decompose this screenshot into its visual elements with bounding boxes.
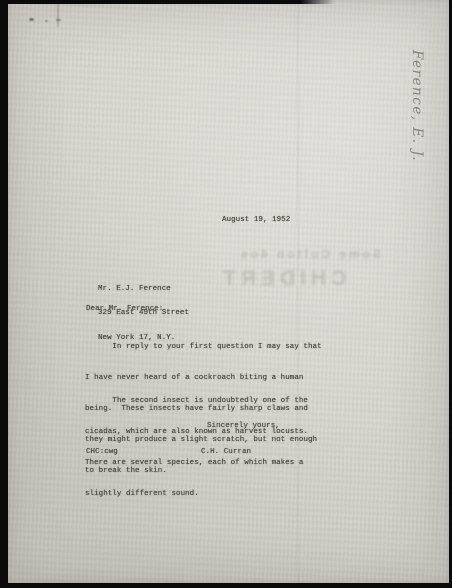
body-line: The second insect is undoubtedly one of … bbox=[85, 396, 308, 406]
ink-speck bbox=[29, 18, 34, 21]
bleedthrough-text: CHIDERT bbox=[218, 267, 346, 291]
scan-border-left bbox=[0, 0, 8, 588]
body-line: In reply to your first question I may sa… bbox=[85, 342, 322, 352]
signature-name: C.H. Curran bbox=[201, 447, 251, 457]
bleedthrough-text: Some Culton 4os bbox=[238, 247, 381, 261]
body-line: There are several species, each of which… bbox=[85, 458, 308, 468]
scan-border-bottom bbox=[0, 583, 452, 588]
scan-border-top bbox=[0, 0, 335, 4]
closing: Sincerely yours, bbox=[207, 421, 280, 431]
typist-reference: CHC:cwg bbox=[86, 447, 118, 457]
scanned-letter-photo: Some Culton 4os CHIDERT Ference, E. J. A… bbox=[0, 0, 452, 588]
salutation: Dear Mr. Ference: bbox=[86, 304, 163, 314]
body-line: slightly different sound. bbox=[85, 489, 308, 499]
margin-note-handwritten: Ference, E. J. bbox=[409, 50, 425, 200]
ink-speck bbox=[45, 20, 48, 22]
body-paragraph-2: The second insect is undoubtedly one of … bbox=[85, 375, 308, 520]
paper-crease bbox=[57, 0, 59, 27]
letter-date: August 19, 1952 bbox=[222, 215, 290, 225]
recipient-name: Mr. E.J. Ference bbox=[98, 285, 189, 293]
